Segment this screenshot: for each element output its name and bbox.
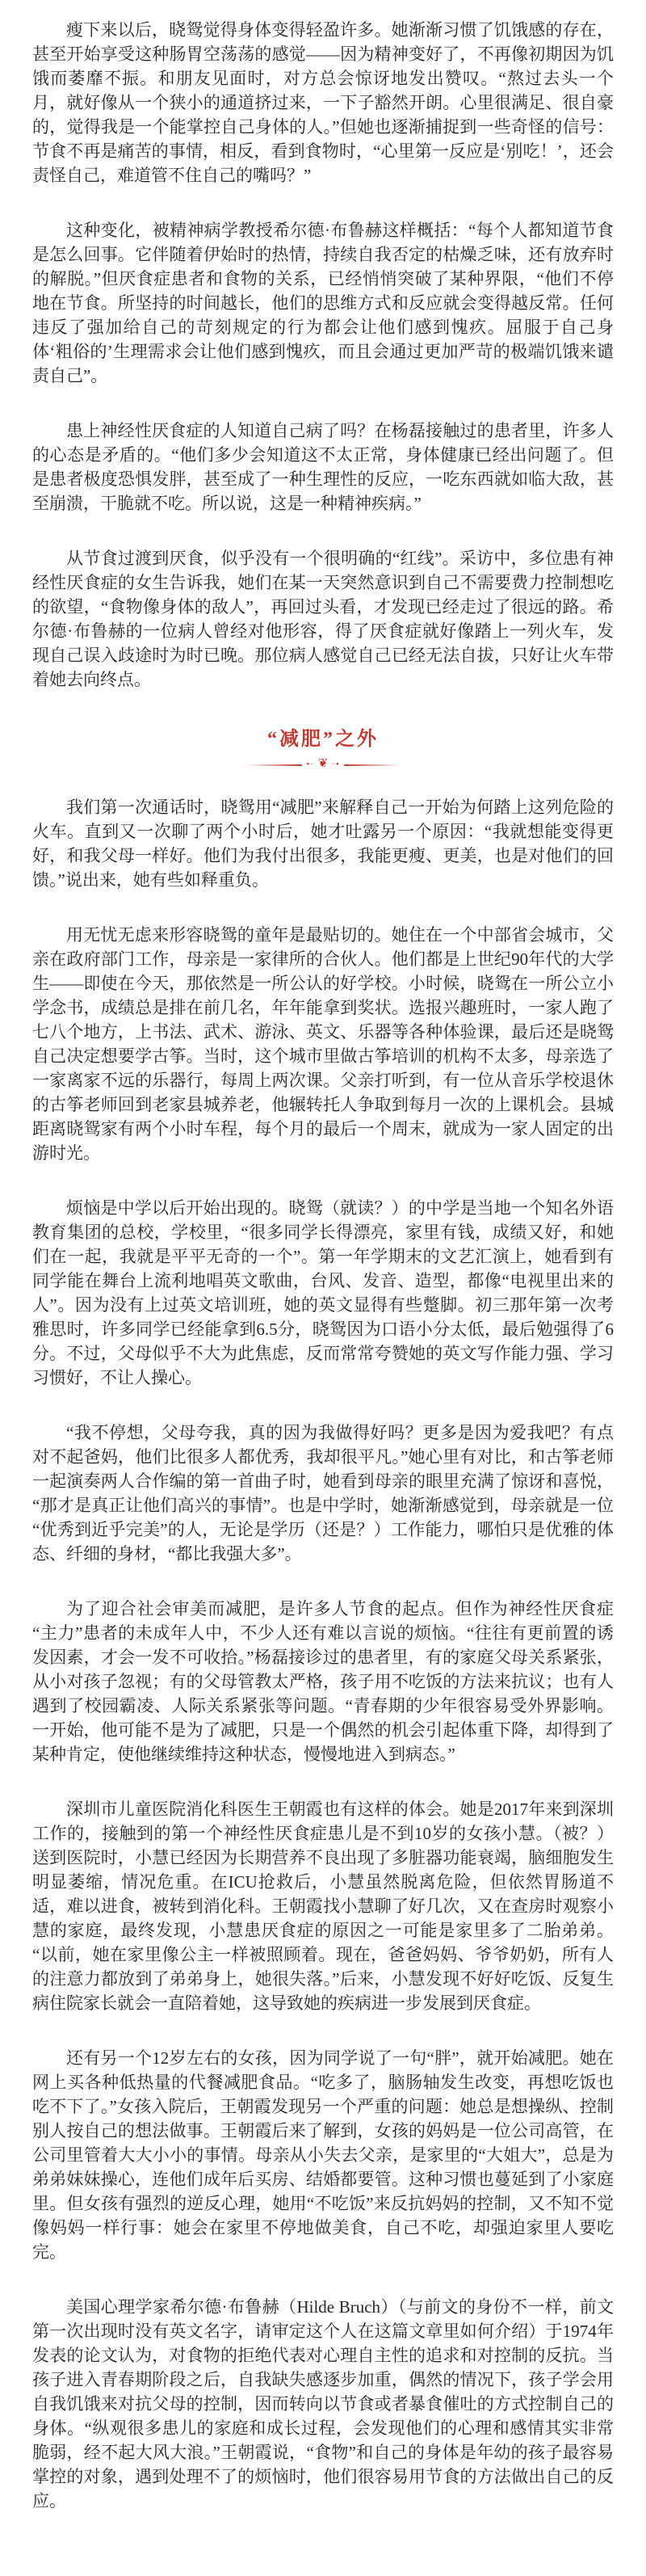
- paragraph-1: 瘦下来以后，晓鸳觉得身体变得轻盈许多。她渐渐习惯了饥饿感的存在，甚至开始享受这种…: [32, 18, 614, 187]
- paragraph-4: 从节食过渡到厌食，似乎没有一个很明确的“红线”。采访中，多位患有神经性厌食症的女…: [32, 546, 614, 692]
- divider-line-left: [246, 764, 302, 766]
- document-page: 瘦下来以后，晓鸳觉得身体变得轻盈许多。她渐渐习惯了饥饿感的存在，甚至开始享受这种…: [0, 0, 646, 2576]
- section-divider: •·❦·•: [246, 759, 400, 771]
- paragraph-7: 用无忧无虑来形容晓鸳的童年是最贴切的。她住在一个中部省会城市，父亲在政府部门工作…: [32, 923, 614, 1165]
- article-body: 瘦下来以后，晓鸳觉得身体变得轻盈许多。她渐渐习惯了饥饿感的存在，甚至开始享受这种…: [32, 18, 614, 2513]
- paragraph-6: 我们第一次通话时，晓鸳用“减肥”来解释自己一开始为何踏上这列危险的火车。直到又一…: [32, 795, 614, 892]
- divider-fleuron-icon: ❦: [318, 758, 329, 770]
- divider-line-right: [344, 764, 400, 766]
- paragraph-11: 深圳市儿童医院消化科医生王朝霞也有这样的体会。她是2017年来到深圳工作的，接触…: [32, 1797, 614, 2015]
- paragraph-9: “我不停想，父母夸我，真的因为我做得好吗？更多是因为爱我吧？有点对不起爸妈，他们…: [32, 1421, 614, 1566]
- paragraph-10: 为了迎合社会审美而减肥，是许多人节食的起点。但作为神经性厌食症“主力”患者的未成…: [32, 1597, 614, 1766]
- divider-dots-left: •·: [306, 760, 314, 769]
- divider-dots-right: ·•: [332, 760, 340, 769]
- section-heading-title: “减肥”之外: [32, 722, 614, 751]
- paragraph-13: 美国心理学家希尔德·布鲁赫（Hilde Bruch）（与前文的身份不一样，前文第…: [32, 2295, 614, 2513]
- paragraph-12: 还有另一个12岁左右的女孩，因为同学说了一句“胖”，就开始减肥。她在网上买各种低…: [32, 2046, 614, 2264]
- paragraph-3: 患上神经性厌食症的人知道自己病了吗？在杨磊接触过的患者里，许多人的心态是矛盾的。…: [32, 419, 614, 516]
- section-heading: “减肥”之外•·❦·•: [32, 722, 614, 771]
- paragraph-8: 烦恼是中学以后开始出现的。晓鸳（就读？）的中学是当地一个知名外语教育集团的总校，…: [32, 1196, 614, 1390]
- paragraph-2: 这种变化，被精神病学教授希尔德·布鲁赫这样概括：“每个人都知道节食是怎么回事。它…: [32, 218, 614, 388]
